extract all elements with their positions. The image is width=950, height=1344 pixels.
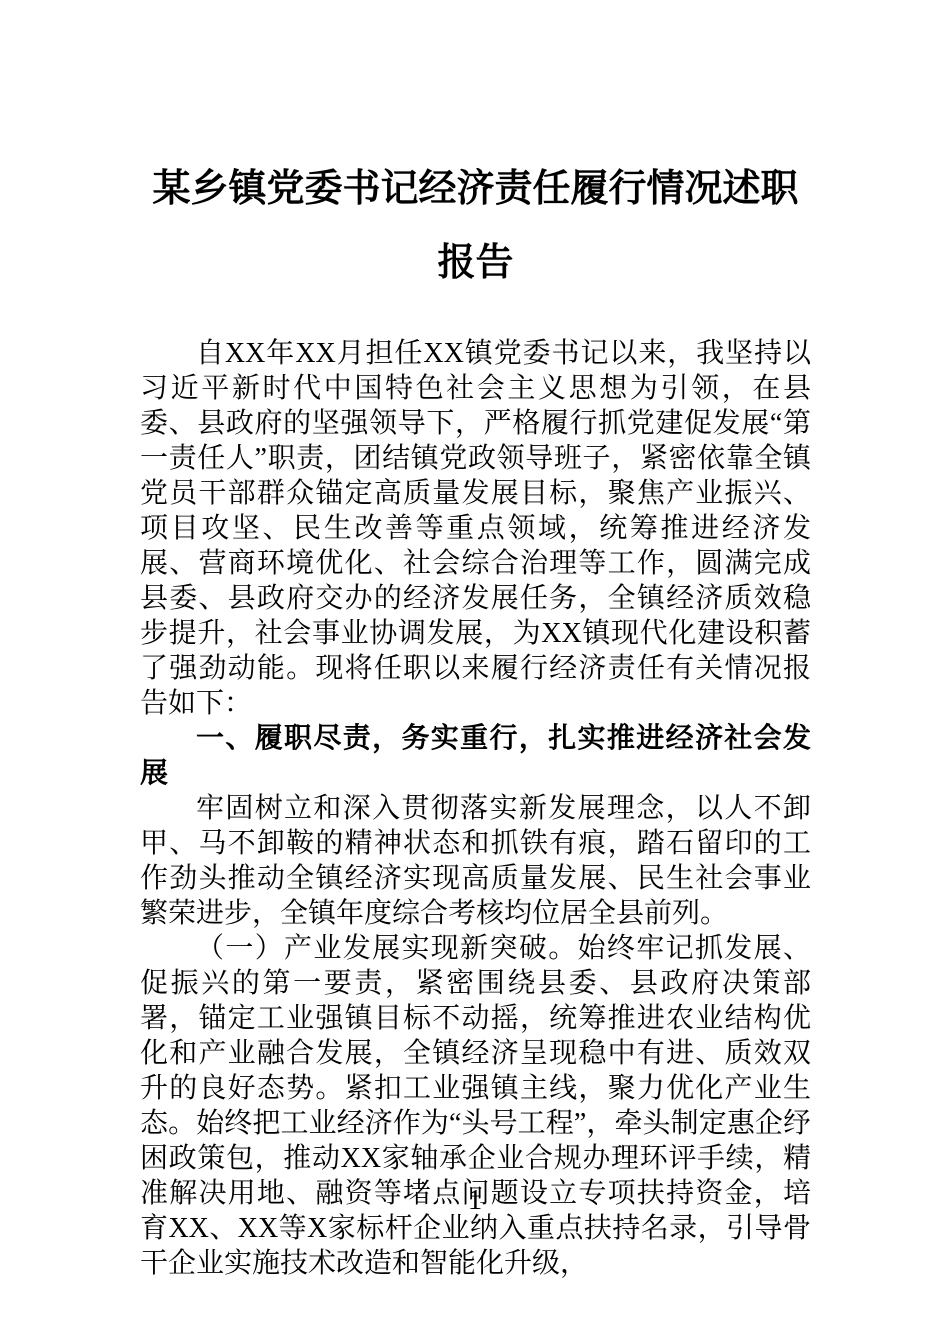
paragraph-new-development-concept: 牢固树立和深入贯彻落实新发展理念，以人不卸甲、马不卸鞍的精神状态和抓铁有痕，踏石… <box>140 791 811 931</box>
page-number: 1 <box>0 1186 950 1215</box>
paragraph-intro: 自XX年XX月担任XX镇党委书记以来，我坚持以习近平新时代中国特色社会主义思想为… <box>140 336 811 721</box>
document-page: 某乡镇党委书记经济责任履行情况述职报告 自XX年XX月担任XX镇党委书记以来，我… <box>0 0 950 1344</box>
section-heading-1: 一、履职尽责，务实重行，扎实推进经济社会发展 <box>140 721 811 791</box>
paragraph-industry-breakthrough: （一）产业发展实现新突破。始终牢记抓发展、促振兴的第一要责，紧密围绕县委、县政府… <box>140 931 811 1281</box>
document-body: 自XX年XX月担任XX镇党委书记以来，我坚持以习近平新时代中国特色社会主义思想为… <box>140 336 811 1281</box>
document-title: 某乡镇党委书记经济责任履行情况述职报告 <box>140 152 811 300</box>
